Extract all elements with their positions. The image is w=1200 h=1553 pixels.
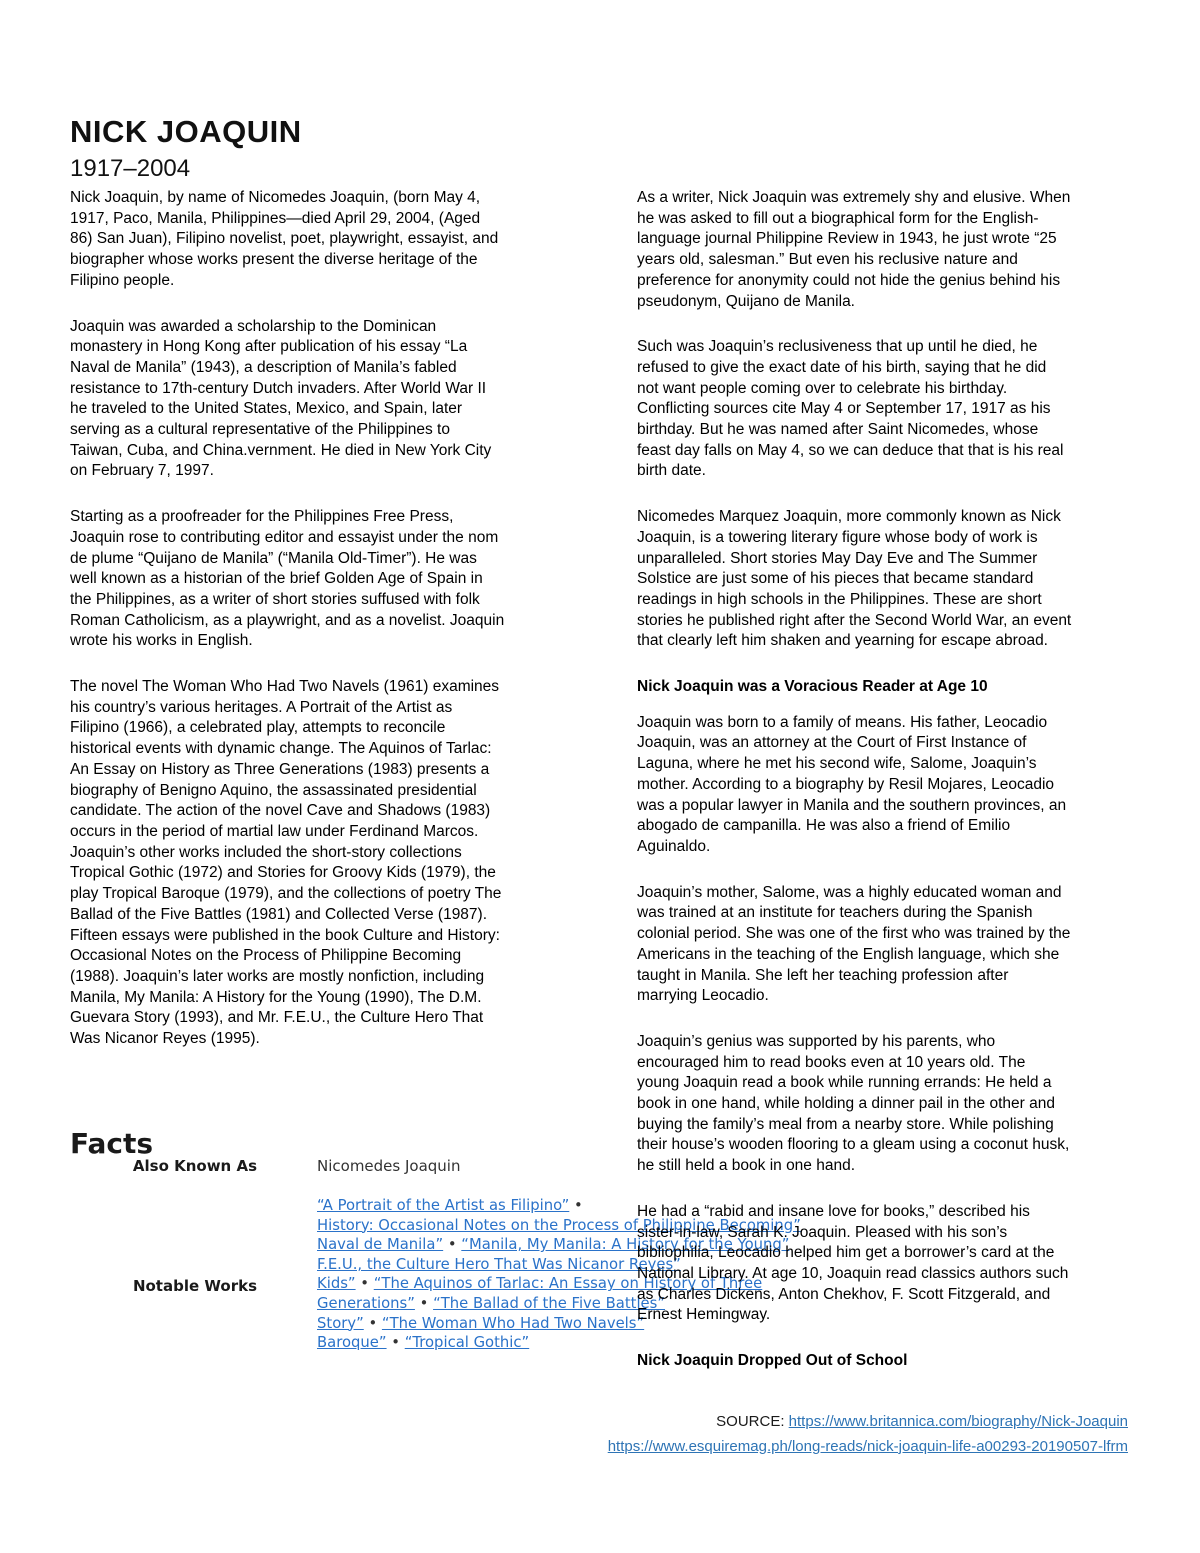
text-line: Starting as a proofreader for the Philip… — [70, 507, 580, 528]
text-line: Manila, My Manila: A History for the You… — [70, 988, 580, 1009]
text-line: that clearly left him shaken and yearnin… — [637, 631, 1137, 652]
source-label: SOURCE: — [716, 1413, 789, 1430]
text-line: he traveled to the United States, Mexico… — [70, 399, 580, 420]
text-line: unparalleled. Short stories May Day Eve … — [637, 549, 1137, 570]
text-line: Joaquin’s mother, Salome, was a highly e… — [637, 883, 1137, 904]
paragraph: The novel The Woman Who Had Two Navels (… — [70, 677, 580, 1050]
facts-label-notable-works: Notable Works — [70, 1277, 257, 1296]
text-line: preference for anonymity could not hide … — [637, 271, 1137, 292]
text-line: play Tropical Baroque (1979), and the co… — [70, 884, 580, 905]
text-line: language journal Philippine Review in 19… — [637, 229, 1137, 250]
text-line: the Philippines, as a writer of short st… — [70, 590, 580, 611]
text-line: (1988). Joaquin’s later works are mostly… — [70, 967, 580, 988]
text-line: taught in Manila. She left her teaching … — [637, 966, 1137, 987]
notable-work-link[interactable]: “The Woman Who Had Two Navels” — [382, 1315, 644, 1332]
paragraph: Nicomedes Marquez Joaquin, more commonly… — [637, 507, 1137, 652]
bullet-separator: • — [415, 1295, 433, 1312]
text-line: colonial period. She was one of the firs… — [637, 924, 1137, 945]
text-line: as Charles Dickens, Anton Chekhov, F. Sc… — [637, 1285, 1137, 1306]
text-line: Americans in the teaching of the English… — [637, 945, 1137, 966]
text-line: Joaquin was awarded a scholarship to the… — [70, 317, 580, 338]
document-page: NICK JOAQUIN 1917–2004 Nick Joaquin, by … — [0, 0, 1200, 1553]
text-line: Joaquin rose to contributing editor and … — [70, 528, 580, 549]
paragraph: Starting as a proofreader for the Philip… — [70, 507, 580, 652]
page-title: NICK JOAQUIN — [70, 114, 302, 150]
text-line: historical events with dynamic change. T… — [70, 739, 580, 760]
source-link-esquire[interactable]: https://www.esquiremag.ph/long-reads/nic… — [608, 1438, 1128, 1455]
notable-work-link[interactable]: F.E.U., the Culture Hero That Was Nicano… — [317, 1256, 681, 1273]
paragraph: Such was Joaquin’s reclusiveness that up… — [637, 337, 1137, 482]
text-line: young Joaquin read a book while running … — [637, 1073, 1137, 1094]
bullet-separator: • — [364, 1315, 382, 1332]
text-line: Joaquin’s genius was supported by his pa… — [637, 1032, 1137, 1053]
text-line: his country’s various heritages. A Portr… — [70, 698, 580, 719]
bullet-separator: • — [569, 1197, 582, 1214]
text-line: pseudonym, Quijano de Manila. — [637, 292, 1137, 313]
left-text-column: Nick Joaquin, by name of Nicomedes Joaqu… — [70, 188, 580, 1075]
text-line: Laguna, where he met his second wife, Sa… — [637, 754, 1137, 775]
paragraph: Joaquin was born to a family of means. H… — [637, 713, 1137, 858]
text-line: mother. According to a biography by Resi… — [637, 775, 1137, 796]
text-line: 1917, Paco, Manila, Philippines—died Apr… — [70, 209, 580, 230]
text-line: marrying Leocadio. — [637, 986, 1137, 1007]
text-line: Filipino people. — [70, 271, 580, 292]
text-line: refused to give the exact date of his bi… — [637, 358, 1137, 379]
text-line: feast day falls on May 4, so we can dedu… — [637, 441, 1137, 462]
text-line: resistance to 17th-century Dutch invader… — [70, 379, 580, 400]
text-line: their house’s wooden flooring to a gleam… — [637, 1135, 1137, 1156]
text-line: sister-in-law, Sarah K. Joaquin. Pleased… — [637, 1223, 1137, 1244]
text-line: Such was Joaquin’s reclusiveness that up… — [637, 337, 1137, 358]
text-line: Filipino (1966), a celebrated play, atte… — [70, 718, 580, 739]
notable-work-link[interactable]: “Tropical Gothic” — [405, 1334, 529, 1351]
text-line: Nick Joaquin, by name of Nicomedes Joaqu… — [70, 188, 580, 209]
text-line: 86) San Juan), Filipino novelist, poet, … — [70, 229, 580, 250]
source-link-britannica[interactable]: https://www.britannica.com/biography/Nic… — [789, 1413, 1128, 1430]
text-line: book in one hand, while holding a dinner… — [637, 1094, 1137, 1115]
text-line: Guevara Story (1993), and Mr. F.E.U., th… — [70, 1008, 580, 1029]
notable-work-link[interactable]: “A Portrait of the Artist as Filipino” — [317, 1197, 569, 1214]
text-line: Joaquin, is a towering literary figure w… — [637, 528, 1137, 549]
text-line: was a popular lawyer in Manila and the s… — [637, 796, 1137, 817]
source-line-1: SOURCE: https://www.britannica.com/biogr… — [608, 1410, 1128, 1435]
text-line: Nicomedes Marquez Joaquin, more commonly… — [637, 507, 1137, 528]
text-line: not want people coming over to celebrate… — [637, 379, 1137, 400]
text-line: wrote his works in English. — [70, 631, 580, 652]
paragraph: Joaquin’s genius was supported by his pa… — [637, 1032, 1137, 1177]
text-line: Solstice are just some of his pieces tha… — [637, 569, 1137, 590]
text-line: An Essay on History as Three Generations… — [70, 760, 580, 781]
text-line: stories he published right after the Sec… — [637, 611, 1137, 632]
bullet-separator: • — [443, 1236, 461, 1253]
text-line: Joaquin, was an attorney at the Court of… — [637, 733, 1137, 754]
text-line: candidate. The action of the novel Cave … — [70, 801, 580, 822]
paragraph: As a writer, Nick Joaquin was extremely … — [637, 188, 1137, 312]
notable-work-link[interactable]: Naval de Manila” — [317, 1236, 443, 1253]
text-line: was trained at an institute for teachers… — [637, 903, 1137, 924]
text-line: encouraged him to read books even at 10 … — [637, 1053, 1137, 1074]
text-line: Conflicting sources cite May 4 or Septem… — [637, 399, 1137, 420]
text-line: he was asked to fill out a biographical … — [637, 209, 1137, 230]
text-line: biographer whose works present the diver… — [70, 250, 580, 271]
text-line: Tropical Gothic (1972) and Stories for G… — [70, 863, 580, 884]
text-line: well known as a historian of the brief G… — [70, 569, 580, 590]
paragraph: Nick Joaquin, by name of Nicomedes Joaqu… — [70, 188, 580, 292]
bullet-separator: • — [387, 1334, 405, 1351]
facts-value-also-known-as: Nicomedes Joaquin — [317, 1157, 460, 1176]
text-line: Joaquin was born to a family of means. H… — [637, 713, 1137, 734]
right-text-column: As a writer, Nick Joaquin was extremely … — [637, 188, 1137, 1387]
paragraph: Joaquin’s mother, Salome, was a highly e… — [637, 883, 1137, 1007]
text-line: As a writer, Nick Joaquin was extremely … — [637, 188, 1137, 209]
page-subtitle: 1917–2004 — [70, 154, 190, 184]
text-line: Joaquin’s other works included the short… — [70, 843, 580, 864]
text-line: Aguinaldo. — [637, 837, 1137, 858]
text-line: National Library. At age 10, Joaquin rea… — [637, 1264, 1137, 1285]
notable-work-link[interactable]: Baroque” — [317, 1334, 387, 1351]
text-line: birth date. — [637, 461, 1137, 482]
notable-work-link[interactable]: “The Ballad of the Five Battles” — [433, 1295, 665, 1312]
text-line: Naval de Manila” (1943), a description o… — [70, 358, 580, 379]
text-line: He had a “rabid and insane love for book… — [637, 1202, 1137, 1223]
section-heading: Nick Joaquin Dropped Out of School — [637, 1351, 1137, 1372]
bullet-separator: • — [356, 1275, 374, 1292]
text-line: Roman Catholicism, as a playwright, and … — [70, 611, 580, 632]
text-line: biography of Benigno Aquino, the assassi… — [70, 781, 580, 802]
text-line: The novel The Woman Who Had Two Navels (… — [70, 677, 580, 698]
source-line-2: https://www.esquiremag.ph/long-reads/nic… — [608, 1435, 1128, 1460]
notable-work-link[interactable]: Generations” — [317, 1295, 415, 1312]
text-line: occurs in the period of martial law unde… — [70, 822, 580, 843]
text-line: de plume “Quijano de Manila” (“Manila Ol… — [70, 549, 580, 570]
text-line: Ballad of the Five Battles (1981) and Co… — [70, 905, 580, 926]
paragraph: He had a “rabid and insane love for book… — [637, 1202, 1137, 1326]
text-line: abogado de campanilla. He was also a fri… — [637, 816, 1137, 837]
text-line: Fifteen essays were published in the boo… — [70, 926, 580, 947]
text-line: bibliophilia, Leocadio helped him get a … — [637, 1243, 1137, 1264]
notable-work-link[interactable]: Story” — [317, 1315, 364, 1332]
text-line: Ernest Hemingway. — [637, 1305, 1137, 1326]
text-line: birthday. But he was named after Saint N… — [637, 420, 1137, 441]
notable-work-link[interactable]: Kids” — [317, 1275, 356, 1292]
text-line: readings in high schools in the Philippi… — [637, 590, 1137, 611]
facts-label-also-known-as: Also Known As — [70, 1157, 257, 1176]
paragraph: Joaquin was awarded a scholarship to the… — [70, 317, 580, 483]
text-line: Was Nicanor Reyes (1995). — [70, 1029, 580, 1050]
source-block: SOURCE: https://www.britannica.com/biogr… — [608, 1410, 1128, 1459]
text-line: Taiwan, Cuba, and China.vernment. He die… — [70, 441, 580, 462]
text-line: serving as a cultural representative of … — [70, 420, 580, 441]
text-line: he still held a book in one hand. — [637, 1156, 1137, 1177]
text-line: monastery in Hong Kong after publication… — [70, 337, 580, 358]
text-line: Occasional Notes on the Process of Phili… — [70, 946, 580, 967]
text-line: on February 7, 1997. — [70, 461, 580, 482]
section-heading: Nick Joaquin was a Voracious Reader at A… — [637, 677, 1137, 698]
text-line: buying the family’s meal from a nearby s… — [637, 1115, 1137, 1136]
text-line: years old, salesman.” But even his reclu… — [637, 250, 1137, 271]
